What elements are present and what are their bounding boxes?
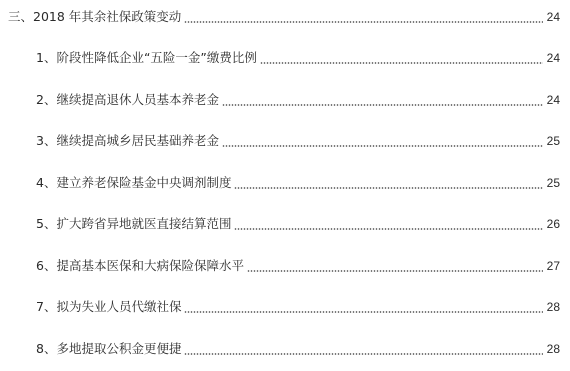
dot-leader — [184, 21, 543, 23]
toc-entry-section-3[interactable]: 三、2018 年其余社保政策变动 24 — [0, 7, 570, 27]
toc-entry-7[interactable]: 7、拟为失业人员代缴社保 28 — [0, 297, 570, 317]
toc-entry-page: 26 — [544, 214, 560, 234]
toc-entry-2[interactable]: 2、继续提高退休人员基本养老金 24 — [0, 90, 570, 110]
toc-entry-title: 6、提高基本医保和大病保险保障水平 — [36, 256, 244, 276]
toc-entry-title: 7、拟为失业人员代缴社保 — [36, 297, 181, 317]
toc-entry-title: 3、继续提高城乡居民基础养老金 — [36, 131, 219, 151]
toc-entry-page: 27 — [544, 256, 560, 276]
toc-entry-4[interactable]: 4、建立养老保险基金中央调剂制度 25 — [0, 173, 570, 193]
dot-leader — [184, 353, 543, 355]
toc-entry-title: 5、扩大跨省异地就医直接结算范围 — [36, 214, 231, 234]
toc-entry-3[interactable]: 3、继续提高城乡居民基础养老金 25 — [0, 131, 570, 151]
dot-leader — [234, 228, 543, 230]
toc-entry-title: 2、继续提高退休人员基本养老金 — [36, 90, 219, 110]
toc-entry-page: 28 — [544, 297, 560, 317]
toc-entry-page: 28 — [544, 339, 560, 359]
toc-entry-1[interactable]: 1、阶段性降低企业“五险一金”缴费比例 24 — [0, 48, 570, 68]
dot-leader — [222, 145, 543, 147]
dot-leader — [184, 311, 543, 313]
toc-entry-page: 24 — [544, 7, 560, 27]
dot-leader — [260, 62, 543, 64]
toc-entry-8[interactable]: 8、多地提取公积金更便捷 28 — [0, 339, 570, 359]
toc-entry-title: 三、2018 年其余社保政策变动 — [8, 7, 181, 27]
toc-entry-6[interactable]: 6、提高基本医保和大病保险保障水平 27 — [0, 256, 570, 276]
toc-entry-title: 4、建立养老保险基金中央调剂制度 — [36, 173, 231, 193]
toc-entry-page: 24 — [544, 90, 560, 110]
dot-leader — [247, 270, 543, 272]
toc-entry-title: 8、多地提取公积金更便捷 — [36, 339, 181, 359]
toc-entry-page: 24 — [544, 48, 560, 68]
dot-leader — [222, 104, 543, 106]
toc-entry-title: 1、阶段性降低企业“五险一金”缴费比例 — [36, 48, 257, 68]
toc-entry-page: 25 — [544, 173, 560, 193]
toc-entry-5[interactable]: 5、扩大跨省异地就医直接结算范围 26 — [0, 214, 570, 234]
dot-leader — [234, 187, 543, 189]
toc-entry-page: 25 — [544, 131, 560, 151]
